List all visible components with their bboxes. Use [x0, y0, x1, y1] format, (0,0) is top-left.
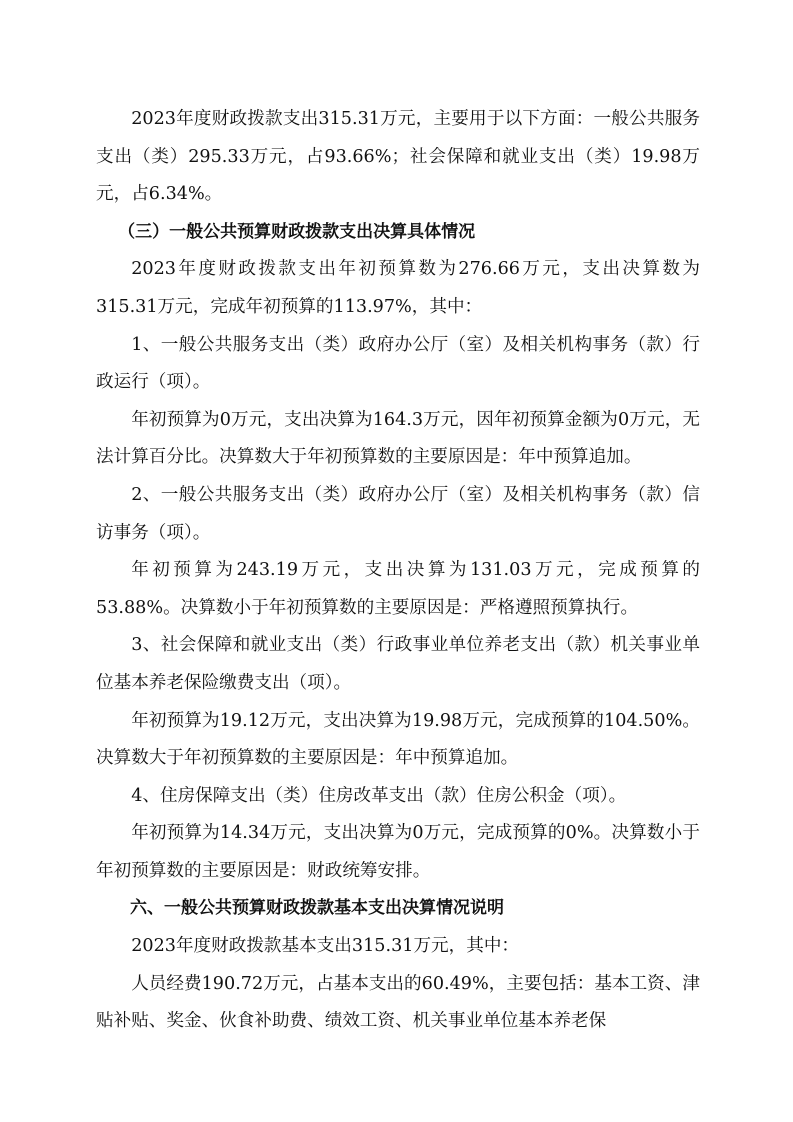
paragraph-budget-vs-final: 2023年度财政拨款支出年初预算数为276.66万元，支出决算数为315.31万…: [96, 251, 700, 326]
item-3-title: 3、社会保障和就业支出（类）行政事业单位养老支出（款）机关事业单位基本养老保险缴…: [96, 627, 700, 702]
item-4-detail: 年初预算为14.34万元，支出决算为0万元，完成预算的0%。决算数小于年初预算数…: [96, 815, 700, 890]
item-3-detail: 年初预算为19.12万元，支出决算为19.98万元，完成预算的104.50%。决…: [96, 703, 700, 778]
item-4-title: 4、住房保障支出（类）住房改革支出（款）住房公积金（项）。: [96, 778, 700, 816]
section-heading-general-budget-details: （三）一般公共预算财政拨款支出决算具体情况: [96, 214, 700, 252]
item-2-detail: 年初预算为243.19万元，支出决算为131.03万元，完成预算的53.88%。…: [96, 552, 700, 627]
item-1-detail: 年初预算为0万元，支出决算为164.3万元，因年初预算金额为0万元，无法计算百分…: [96, 402, 700, 477]
item-1-title: 1、一般公共服务支出（类）政府办公厅（室）及相关机构事务（款）行政运行（项）。: [96, 327, 700, 402]
section-heading-basic-expenditure: 六、一般公共预算财政拨款基本支出决算情况说明: [96, 890, 700, 928]
paragraph-funding-expenditure-summary: 2023年度财政拨款支出315.31万元，主要用于以下方面：一般公共服务支出（类…: [96, 101, 700, 214]
item-2-title: 2、一般公共服务支出（类）政府办公厅（室）及相关机构事务（款）信访事务（项）。: [96, 477, 700, 552]
document-page: 2023年度财政拨款支出315.31万元，主要用于以下方面：一般公共服务支出（类…: [96, 101, 700, 1041]
paragraph-personnel-costs: 人员经费190.72万元，占基本支出的60.49%，主要包括：基本工资、津贴补贴…: [96, 966, 700, 1041]
paragraph-basic-expenditure-total: 2023年度财政拨款基本支出315.31万元，其中：: [96, 928, 700, 966]
